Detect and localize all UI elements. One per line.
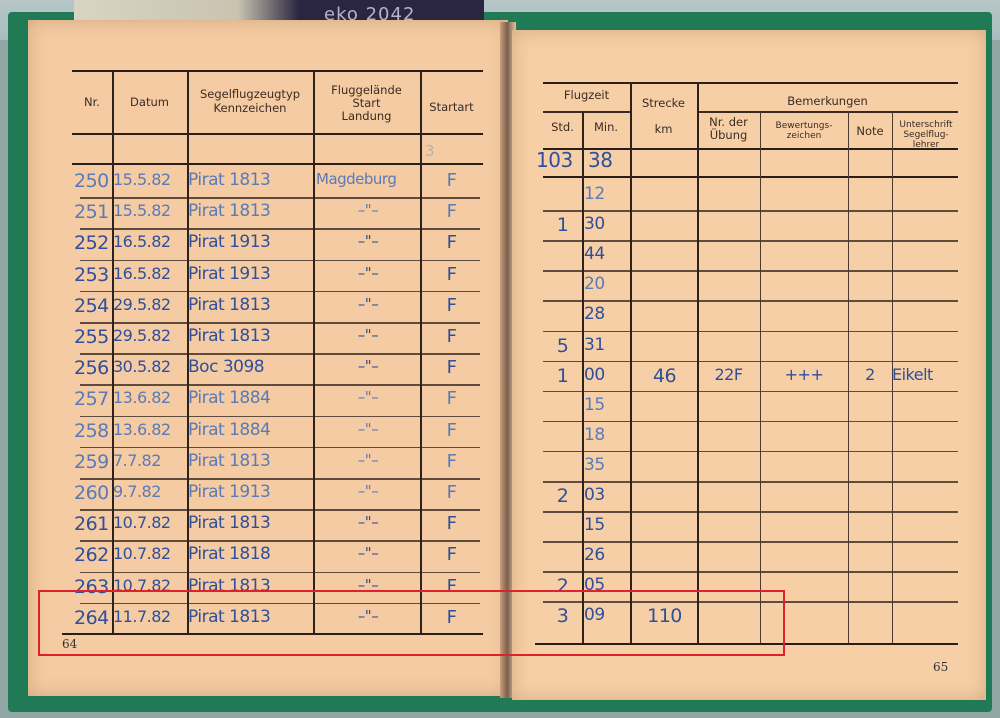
cell-startart: F (420, 170, 483, 191)
right-row-line (543, 451, 958, 453)
page-number-right: 65 (933, 660, 948, 674)
bemerkungen-sub-rule (697, 111, 958, 113)
cell-nr: 253 (74, 264, 112, 286)
right-row-line (543, 210, 958, 212)
header-unterschrift-line1: Unterschrift (892, 120, 960, 130)
cell-nr: 254 (74, 295, 112, 317)
cell-startart: F (420, 451, 483, 472)
cell-nr: 255 (74, 326, 112, 348)
cell-nr: 252 (74, 232, 112, 254)
header-bewertung: Bewertungs- zeichen (760, 121, 848, 141)
cell-startart: F (420, 544, 483, 565)
cell-gelaende: –"– (316, 513, 420, 531)
cell-gelaende: –"– (316, 544, 420, 562)
header-strecke: Strecke (630, 96, 697, 110)
cell-min: 18 (584, 425, 630, 445)
cell-datum: 16.5.82 (113, 264, 187, 283)
cell-startart: F (420, 420, 483, 441)
cell-nr: 259 (74, 451, 112, 473)
header-unterschrift: Unterschrift Segelflug- lehrer (892, 120, 960, 150)
cell-typ: Pirat 1913 (188, 232, 313, 252)
cell-gelaende: –"– (316, 326, 420, 344)
right-row-line (543, 571, 958, 573)
cell-nr: 251 (74, 201, 112, 223)
cell-min: 00 (584, 365, 630, 385)
header-note: Note (848, 124, 892, 138)
cell-typ: Pirat 1884 (188, 388, 313, 408)
right-row-line (543, 391, 958, 393)
cell-min: 28 (584, 304, 630, 324)
cell-datum: 13.6.82 (113, 388, 187, 407)
cell-bewertung: +++ (760, 365, 848, 384)
cell-startart: F (420, 295, 483, 316)
cell-min: 03 (584, 485, 630, 505)
cell-datum: 7.7.82 (113, 451, 187, 470)
header-km: km (630, 122, 697, 136)
cell-datum: 16.5.82 (113, 232, 187, 251)
cell-datum: 30.5.82 (113, 357, 187, 376)
cell-startart: F (420, 232, 483, 253)
left-column-line (420, 72, 422, 633)
cell-uebung: 22F (697, 365, 760, 384)
cell-gelaende: –"– (316, 295, 420, 313)
cell-unterschrift: Eikelt (892, 365, 964, 384)
cell-min: 26 (584, 545, 630, 565)
header-std: Std. (543, 120, 582, 134)
cell-startart: F (420, 388, 483, 409)
right-row-line (543, 331, 958, 333)
cell-typ: Pirat 1813 (188, 295, 313, 315)
cell-typ: Pirat 1913 (188, 264, 313, 284)
std-min-line (582, 111, 584, 643)
cell-min: 35 (584, 455, 630, 475)
cell-datum: 15.5.82 (113, 170, 187, 189)
header-type-line2: Kennzeichen (187, 101, 313, 115)
cell-startart: F (420, 482, 483, 503)
right-carry-rule (543, 176, 958, 178)
header-startart: Startart (420, 100, 483, 114)
cell-km: 46 (632, 365, 697, 387)
header-uebung-line2: Übung (697, 129, 760, 142)
header-type: Segelflugzeugtyp Kennzeichen (187, 87, 313, 115)
header-min: Min. (582, 120, 630, 134)
header-uebung: Nr. der Übung (697, 116, 760, 142)
cell-gelaende: –"– (316, 357, 420, 375)
cell-min: 44 (584, 244, 630, 264)
right-row-line (543, 240, 958, 242)
left-column-line (112, 72, 114, 633)
cell-startart: F (420, 513, 483, 534)
strecke-bemerkungen-line (697, 82, 699, 643)
cell-min: 20 (584, 274, 630, 294)
cell-gelaende: –"– (316, 232, 420, 250)
cell-datum: 10.7.82 (113, 544, 187, 563)
min-strecke-line (630, 82, 632, 643)
cell-nr: 257 (74, 388, 112, 410)
cell-datum: 10.7.82 (113, 513, 187, 532)
cell-typ: Pirat 1813 (188, 201, 313, 221)
header-unterschrift-line2: Segelflug- (892, 130, 960, 140)
right-row-line (543, 511, 958, 513)
cell-typ: Pirat 1813 (188, 170, 313, 190)
header-flugzeit: Flugzeit (543, 88, 630, 102)
cell-min: 31 (584, 335, 630, 355)
carry-over-mark: 3 (425, 142, 434, 160)
right-row-line (543, 541, 958, 543)
left-column-line (313, 72, 315, 633)
header-field-line3: Landung (313, 110, 420, 123)
right-row-line (543, 361, 958, 363)
header-bewertung-line1: Bewertungs- (760, 121, 848, 131)
cell-nr: 260 (74, 482, 112, 504)
flugzeit-sub-rule (543, 111, 630, 113)
cell-gelaende: Magdeburg (316, 170, 420, 188)
cell-nr: 262 (74, 544, 112, 566)
cell-typ: Pirat 1813 (188, 513, 313, 533)
cell-datum: 15.5.82 (113, 201, 187, 220)
header-nr: Nr. (72, 95, 112, 109)
cell-min: 15 (584, 395, 630, 415)
cell-startart: F (420, 326, 483, 347)
header-datum: Datum (112, 95, 187, 109)
header-bewertung-line2: zeichen (760, 131, 848, 141)
right-row-line (543, 421, 958, 423)
cell-typ: Boc 3098 (188, 357, 313, 377)
cell-nr: 256 (74, 357, 112, 379)
header-bemerkungen: Bemerkungen (697, 94, 958, 108)
cell-startart: F (420, 201, 483, 222)
cell-typ: Pirat 1813 (188, 326, 313, 346)
cell-gelaende: –"– (316, 201, 420, 219)
right-row-line (543, 481, 958, 483)
cell-min: 12 (584, 184, 630, 204)
right-row-line (543, 300, 958, 302)
header-type-line1: Segelflugzeugtyp (187, 87, 313, 101)
cell-std: 5 (543, 335, 582, 357)
bemerkungen-column-line (848, 111, 849, 643)
cell-gelaende: –"– (316, 388, 420, 406)
cell-datum: 9.7.82 (113, 482, 187, 501)
cell-datum: 29.5.82 (113, 326, 187, 345)
cell-nr: 258 (74, 420, 112, 442)
cell-typ: Pirat 1884 (188, 420, 313, 440)
cell-gelaende: –"– (316, 451, 420, 469)
right-top-rule (543, 82, 958, 84)
cell-std: 2 (543, 485, 582, 507)
cell-std: 1 (543, 365, 582, 387)
cell-nr: 261 (74, 513, 112, 535)
cell-nr: 250 (74, 170, 112, 192)
bemerkungen-column-line (892, 111, 893, 643)
cell-min: 15 (584, 515, 630, 535)
cell-note: 2 (848, 365, 892, 384)
cell-startart: F (420, 264, 483, 285)
cell-gelaende: –"– (316, 482, 420, 500)
highlight-box-row-264 (38, 590, 785, 656)
cell-typ: Pirat 1813 (188, 451, 313, 471)
cell-std: 1 (543, 214, 582, 236)
cell-gelaende: –"– (316, 264, 420, 282)
cell-gelaende: –"– (316, 420, 420, 438)
bemerkungen-column-line (760, 111, 761, 643)
header-field: Fluggelände Start Landung (313, 84, 420, 123)
cell-typ: Pirat 1818 (188, 544, 313, 564)
right-header-rule (543, 148, 958, 150)
cell-datum: 29.5.82 (113, 295, 187, 314)
carry-over-std: 103 (536, 148, 573, 172)
carry-over-min: 38 (588, 148, 612, 172)
cell-datum: 13.6.82 (113, 420, 187, 439)
cell-startart: F (420, 357, 483, 378)
cell-min: 30 (584, 214, 630, 234)
left-column-line (187, 72, 189, 633)
right-row-line (543, 270, 958, 272)
cell-typ: Pirat 1913 (188, 482, 313, 502)
